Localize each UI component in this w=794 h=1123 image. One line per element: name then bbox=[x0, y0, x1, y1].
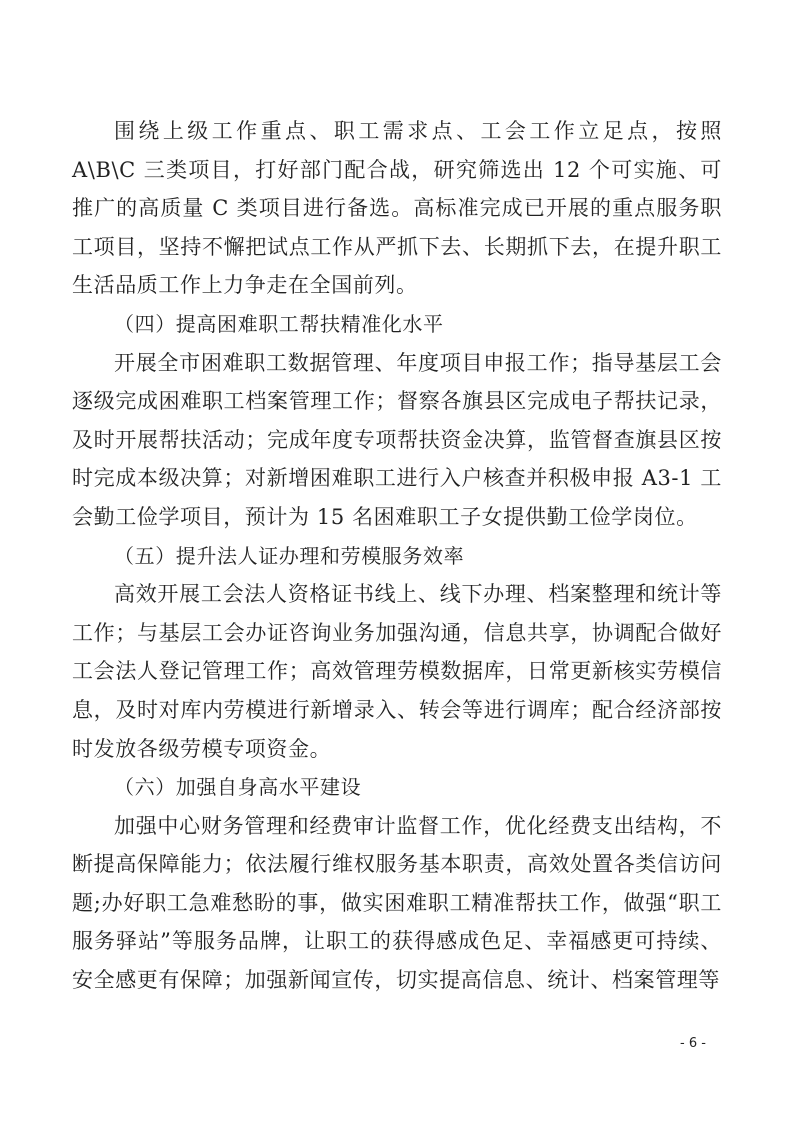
paragraph-projects: 围绕上级工作重点、职工需求点、工会工作立足点，按照 A\B\C 三类项目，打好部… bbox=[72, 112, 722, 305]
page-number: - 6 - bbox=[680, 1036, 706, 1051]
document-body: 围绕上级工作重点、职工需求点、工会工作立足点，按照 A\B\C 三类项目，打好部… bbox=[72, 112, 722, 1000]
paragraph-assistance: 开展全市困难职工数据管理、年度项目申报工作；指导基层工会逐级完成困难职工档案管理… bbox=[72, 344, 722, 537]
section-heading-5: （五）提升法人证办理和劳模服务效率 bbox=[72, 537, 722, 576]
section-heading-4: （四）提高困难职工帮扶精准化水平 bbox=[72, 305, 722, 344]
document-page: 围绕上级工作重点、职工需求点、工会工作立足点，按照 A\B\C 三类项目，打好部… bbox=[0, 0, 794, 1123]
section-heading-6: （六）加强自身高水平建设 bbox=[72, 768, 722, 807]
paragraph-legal-certificate: 高效开展工会法人资格证书线上、线下办理、档案整理和统计等工作；与基层工会办证咨询… bbox=[72, 575, 722, 768]
paragraph-self-building: 加强中心财务管理和经费审计监督工作，优化经费支出结构，不断提高保障能力；依法履行… bbox=[72, 807, 722, 1000]
